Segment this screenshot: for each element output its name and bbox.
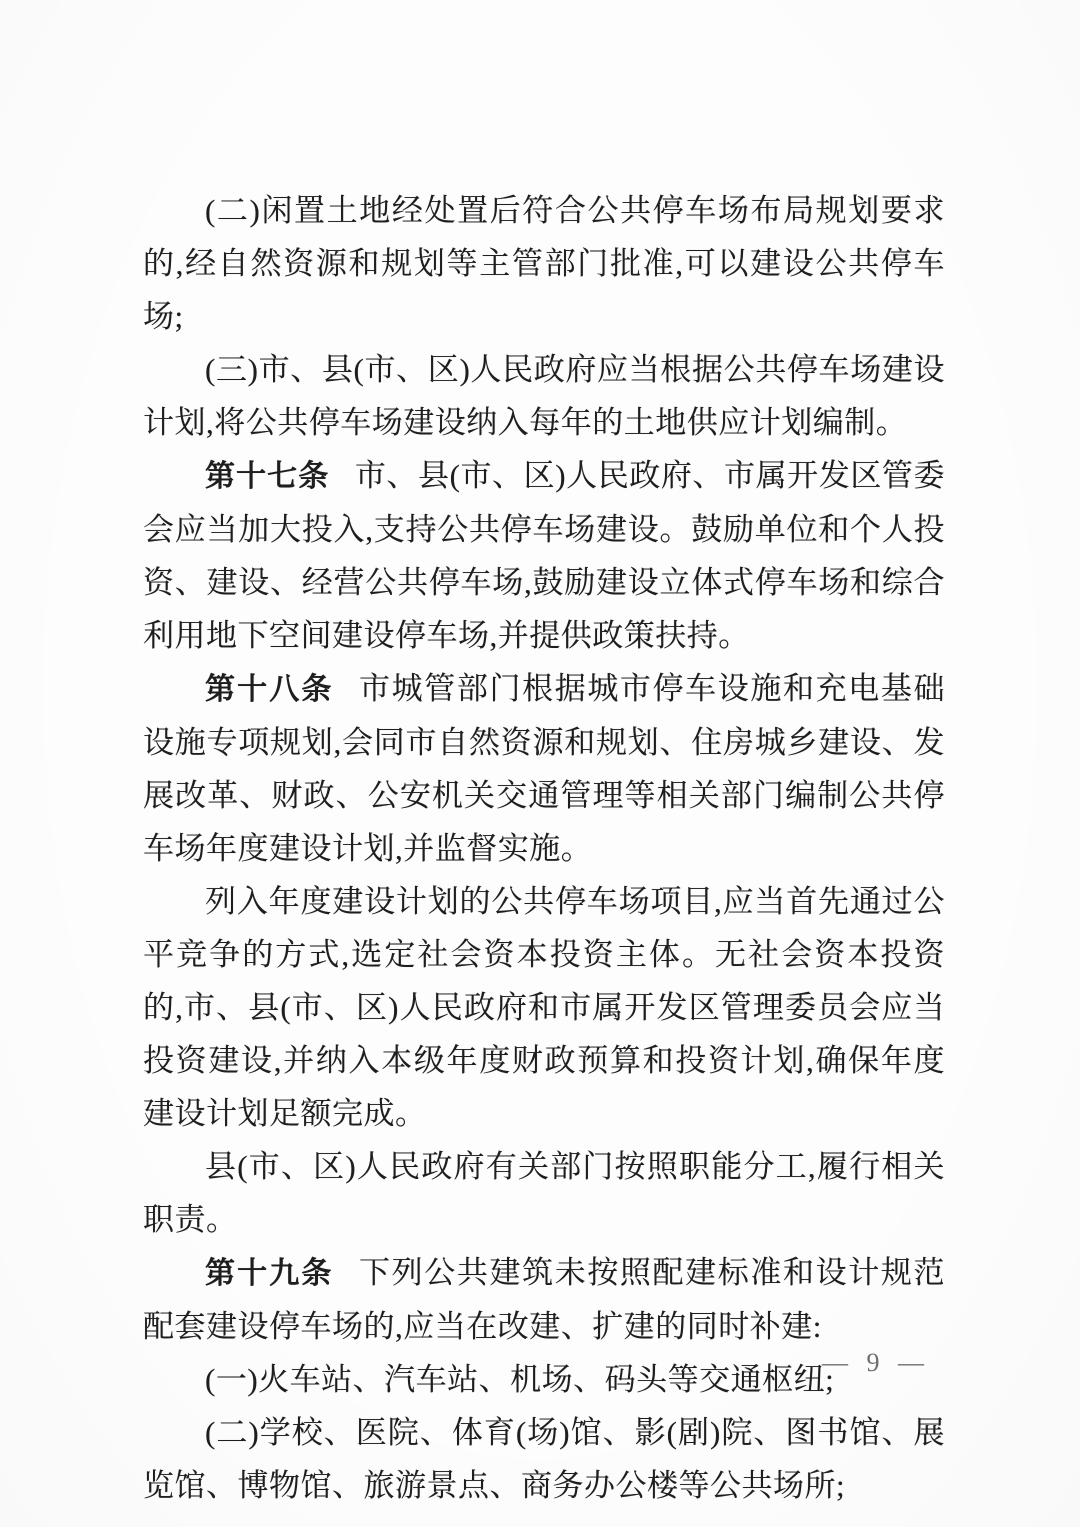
paragraph: 县(市、区)人民政府有关部门按照职能分工,履行相关职责。 [143,1140,945,1246]
article-paragraph: 第十九条下列公共建筑未按照配建标准和设计规范配套建设停车场的,应当在改建、扩建的… [143,1246,945,1353]
article-number: 第十七条 [205,460,329,493]
article-number: 第十八条 [205,673,333,706]
article-paragraph: 第十七条市、县(市、区)人民政府、市属开发区管委会应当加大投入,支持公共停车场建… [143,449,945,662]
document-body: (二)闲置土地经处置后符合公共停车场布局规划要求的,经自然资源和规划等主管部门批… [143,184,945,1512]
document-page: (二)闲置土地经处置后符合公共停车场布局规划要求的,经自然资源和规划等主管部门批… [0,0,1080,1527]
paragraph: (二)学校、医院、体育(场)馆、影(剧)院、图书馆、展览馆、博物馆、旅游景点、商… [143,1406,945,1512]
paragraph: (二)闲置土地经处置后符合公共停车场布局规划要求的,经自然资源和规划等主管部门批… [143,184,945,343]
paragraph-text: (三)市、县(市、区)人民政府应当根据公共停车场建设计划,将公共停车场建设纳入每… [143,352,945,440]
page-number: — 9 — [822,1350,930,1376]
paragraph-text: (一)火车站、汽车站、机场、码头等交通枢纽; [205,1362,834,1397]
paragraph-text: (二)闲置土地经处置后符合公共停车场布局规划要求的,经自然资源和规划等主管部门批… [143,193,945,334]
article-paragraph: 第十八条市城管部门根据城市停车设施和充电基础设施专项规划,会同市自然资源和规划、… [143,662,945,875]
paragraph-text: (二)学校、医院、体育(场)馆、影(剧)院、图书馆、展览馆、博物馆、旅游景点、商… [143,1415,945,1503]
paragraph-text: 列入年度建设计划的公共停车场项目,应当首先通过公平竞争的方式,选定社会资本投资主… [143,884,945,1131]
paragraph-text: 县(市、区)人民政府有关部门按照职能分工,履行相关职责。 [143,1149,945,1237]
paragraph: 列入年度建设计划的公共停车场项目,应当首先通过公平竞争的方式,选定社会资本投资主… [143,875,945,1140]
paragraph: (三)市、县(市、区)人民政府应当根据公共停车场建设计划,将公共停车场建设纳入每… [143,343,945,449]
article-number: 第十九条 [205,1257,333,1290]
